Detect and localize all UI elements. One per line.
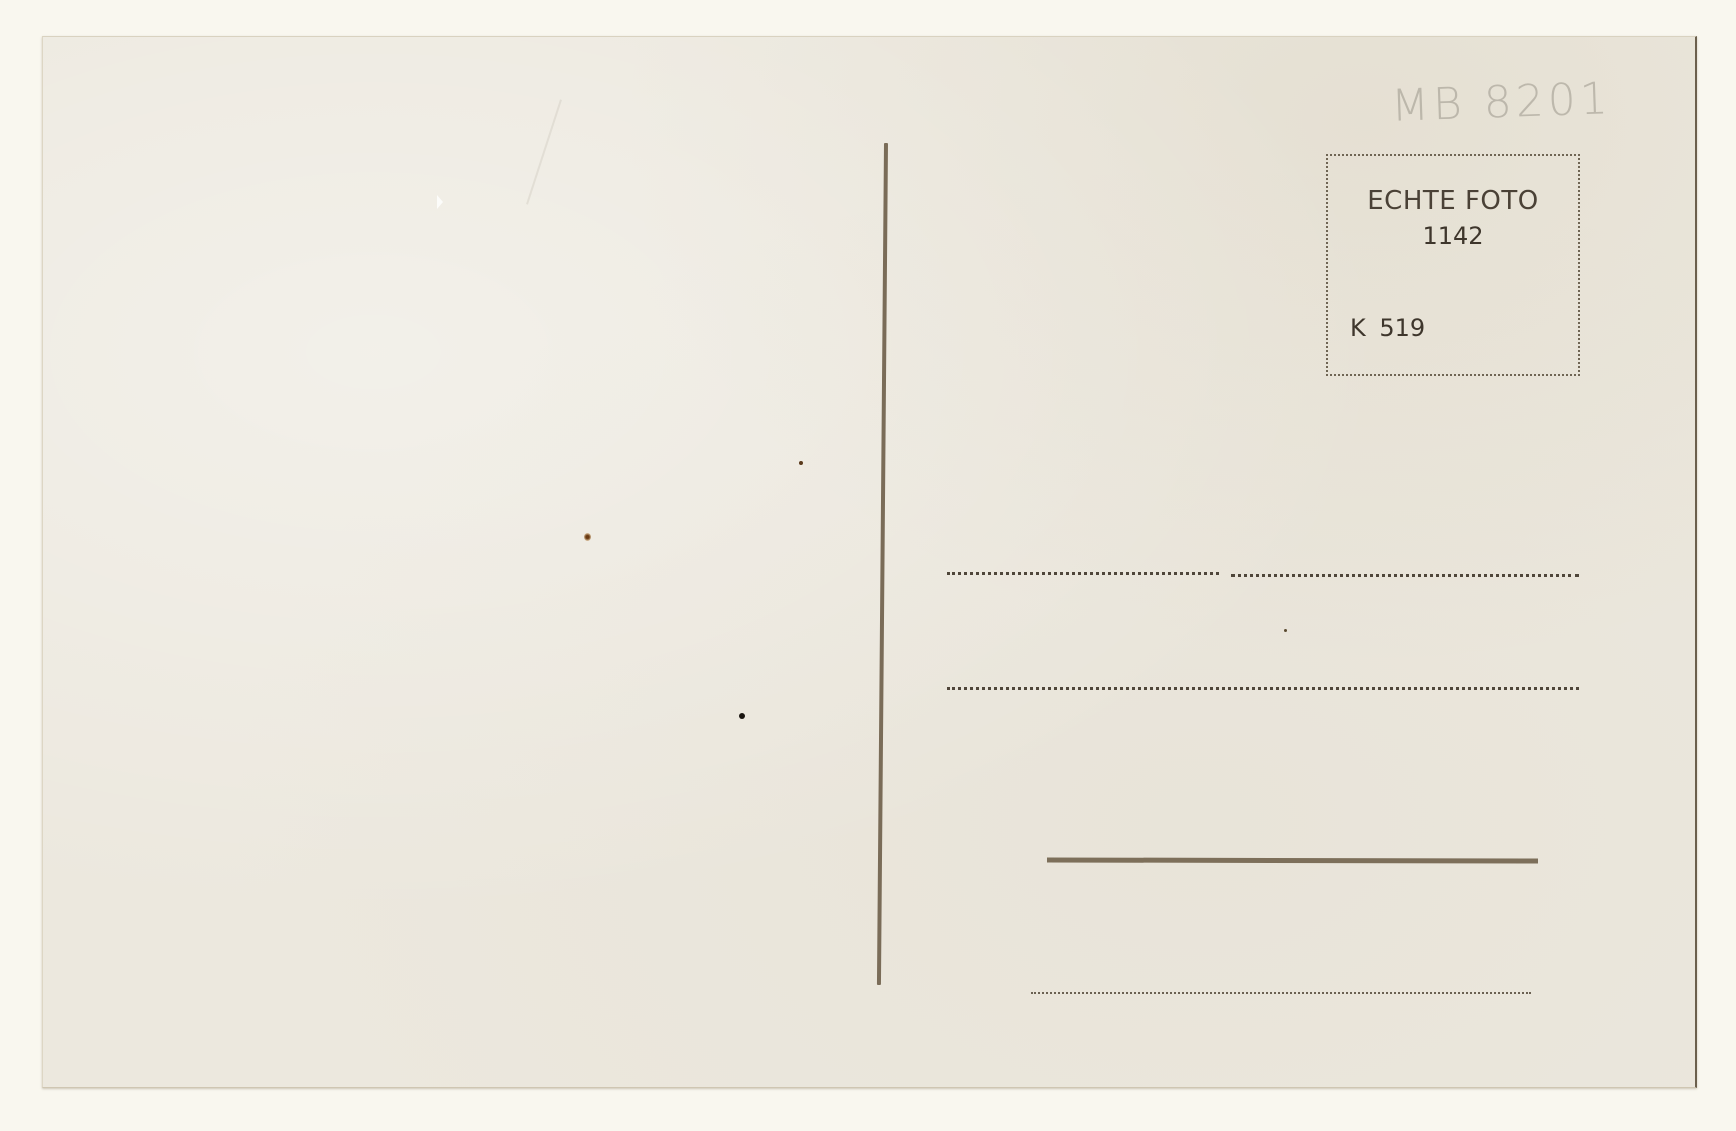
stamp-code: K 519 bbox=[1350, 314, 1425, 342]
paper-crease bbox=[526, 99, 562, 204]
address-line-2 bbox=[947, 687, 1579, 690]
stamp-title: ECHTE FOTO bbox=[1328, 186, 1578, 216]
stamp-number: 1142 bbox=[1328, 222, 1578, 250]
address-line-1-left bbox=[947, 572, 1219, 575]
stamp-box: ECHTE FOTO 1142 K 519 bbox=[1326, 154, 1580, 376]
center-divider-line bbox=[877, 143, 888, 985]
foxing-spot bbox=[799, 461, 803, 465]
ink-spot bbox=[739, 713, 745, 719]
foxing-spot bbox=[1284, 629, 1287, 632]
address-line-1-right bbox=[1231, 574, 1579, 577]
foxing-spot bbox=[584, 533, 591, 541]
address-line-4 bbox=[1031, 992, 1531, 994]
paper-scratch bbox=[437, 195, 443, 209]
postcard-back: MB 8201 ECHTE FOTO 1142 K 519 bbox=[42, 36, 1697, 1088]
address-line-3-solid bbox=[1047, 857, 1538, 863]
pencil-annotation: MB 8201 bbox=[1390, 73, 1612, 132]
